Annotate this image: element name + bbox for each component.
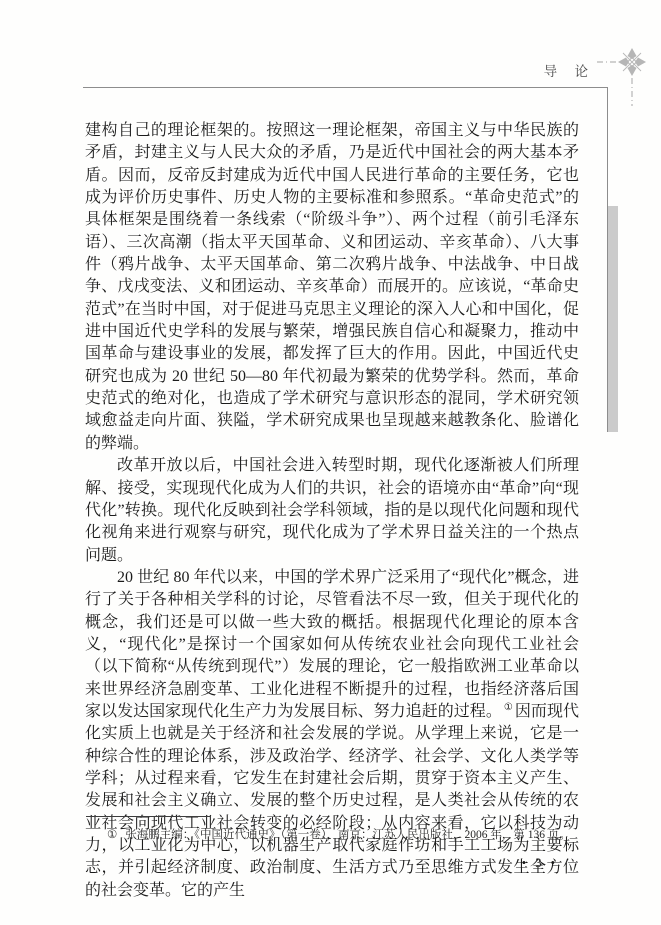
footnote-marker: ①: [107, 829, 117, 841]
page-number: • 3 •: [85, 856, 558, 871]
page-edge-shade: [608, 206, 618, 432]
scanned-book-page: 导 论 建构自己的理论框架的。按照这一理论框架，帝国主义与中华民族的矛盾，封建主…: [0, 0, 661, 925]
footnote-reference-marker: ①: [504, 702, 513, 713]
top-horizontal-rule: [83, 87, 607, 88]
running-head-chapter-title: 导 论: [544, 60, 595, 80]
body-paragraph: 20 世纪 80 年代以来，中国的学术界广泛采用了“现代化”概念，进行了关于各种…: [85, 567, 579, 902]
footnote: ①张海鹏主编：《中国近代通史》（第一卷），南京：江苏人民出版社，2006 年，第…: [85, 827, 579, 843]
footnote-text: 张海鹏主编：《中国近代通史》（第一卷），南京：江苏人民出版社，2006 年，第 …: [125, 829, 571, 841]
body-paragraph: 建构自己的理论框架的。按照这一理论框架，帝国主义与中华民族的矛盾，封建主义与人民…: [85, 120, 579, 455]
right-vertical-rule: [607, 87, 608, 432]
body-paragraph: 改革开放以后，中国社会进入转型时期，现代化逐渐被人们所理解、接受，实现现代化成为…: [85, 455, 579, 567]
paragraph-text-before-footnote-marker: 20 世纪 80 年代以来，中国的学术界广泛采用了“现代化”概念，进行了关于各种…: [85, 569, 579, 720]
footnote-separator-rule: [86, 816, 210, 817]
corner-flower-ornament-icon: [595, 38, 661, 108]
body-text-block: 建构自己的理论框架的。按照这一理论框架，帝国主义与中华民族的矛盾，封建主义与人民…: [85, 120, 579, 902]
